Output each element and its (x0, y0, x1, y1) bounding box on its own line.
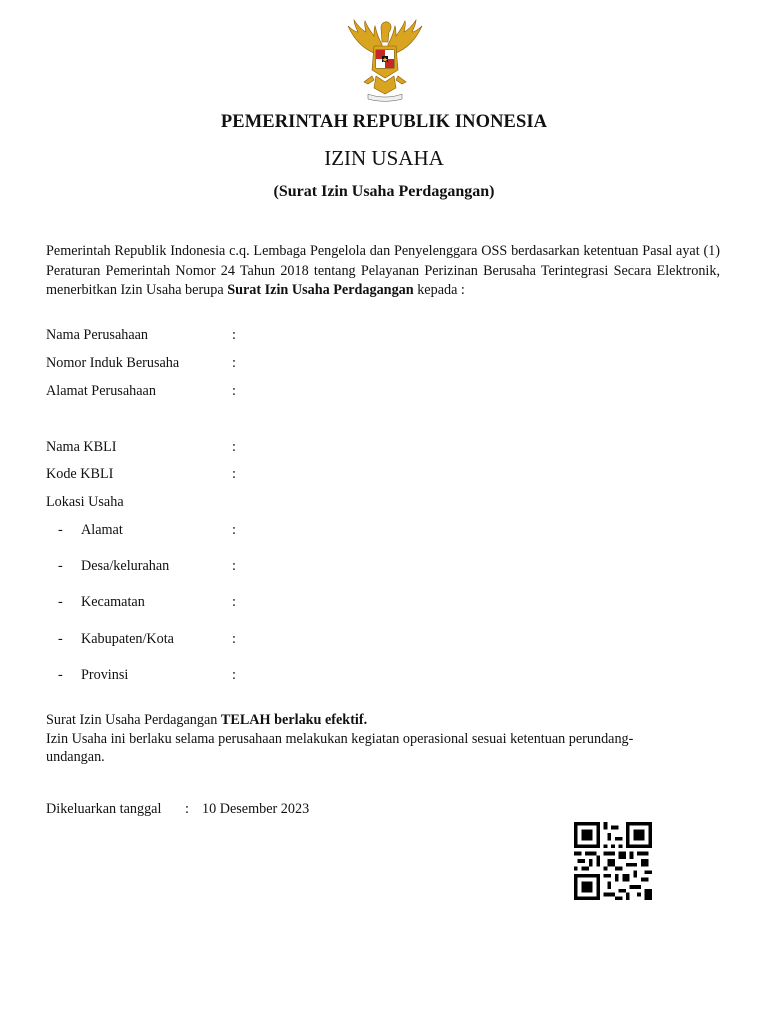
government-heading: PEMERINTAH REPUBLIK INONESIA (0, 112, 768, 133)
issue-date-label: Dikeluarkan tanggal (46, 801, 161, 817)
validity-line: Izin Usaha ini berlaku selama perusahaan… (46, 730, 666, 767)
field-label: Provinsi (81, 667, 128, 684)
field-label: Nomor Induk Berusaha (46, 355, 179, 372)
field-separator: : (232, 466, 236, 483)
field-separator: : (232, 383, 236, 400)
document-title: IZIN USAHA (0, 146, 768, 171)
field-label: Kecamatan (81, 594, 145, 611)
field-separator: : (232, 327, 236, 344)
qr-code-icon (571, 822, 655, 900)
bullet: - (58, 594, 63, 611)
field-separator: : (232, 631, 236, 648)
intro-paragraph: Pemerintah Republik Indonesia c.q. Lemba… (46, 242, 720, 301)
field-label: Alamat Perusahaan (46, 383, 156, 400)
status-effective: TELAH berlaku efektif. (221, 712, 367, 728)
field-label: Alamat (81, 522, 123, 539)
issue-date-row: Dikeluarkan tanggal : 10 Desember 2023 (46, 801, 161, 818)
bullet: - (58, 522, 63, 539)
field-separator: : (232, 558, 236, 575)
issue-date-value: 10 Desember 2023 (202, 801, 309, 818)
field-label: Nama KBLI (46, 439, 117, 456)
bullet: - (58, 667, 63, 684)
field-label: Kabupaten/Kota (81, 631, 174, 648)
permit-type: Surat Izin Usaha Perdagangan (227, 282, 413, 298)
validity-statement: Surat Izin Usaha Perdagangan TELAH berla… (46, 711, 666, 767)
field-separator: : (185, 801, 189, 818)
bullet: - (58, 558, 63, 575)
garuda-emblem-icon (338, 16, 432, 102)
field-separator: : (232, 594, 236, 611)
field-separator: : (232, 522, 236, 539)
field-separator: : (232, 439, 236, 456)
field-separator: : (232, 355, 236, 372)
document-subtitle: (Surat Izin Usaha Perdagangan) (0, 183, 768, 201)
field-label: Desa/kelurahan (81, 558, 169, 575)
status-line: Surat Izin Usaha Perdagangan TELAH berla… (46, 711, 666, 730)
field-label: Kode KBLI (46, 466, 113, 483)
field-separator: : (232, 667, 236, 684)
field-label: Nama Perusahaan (46, 327, 148, 344)
bullet: - (58, 631, 63, 648)
